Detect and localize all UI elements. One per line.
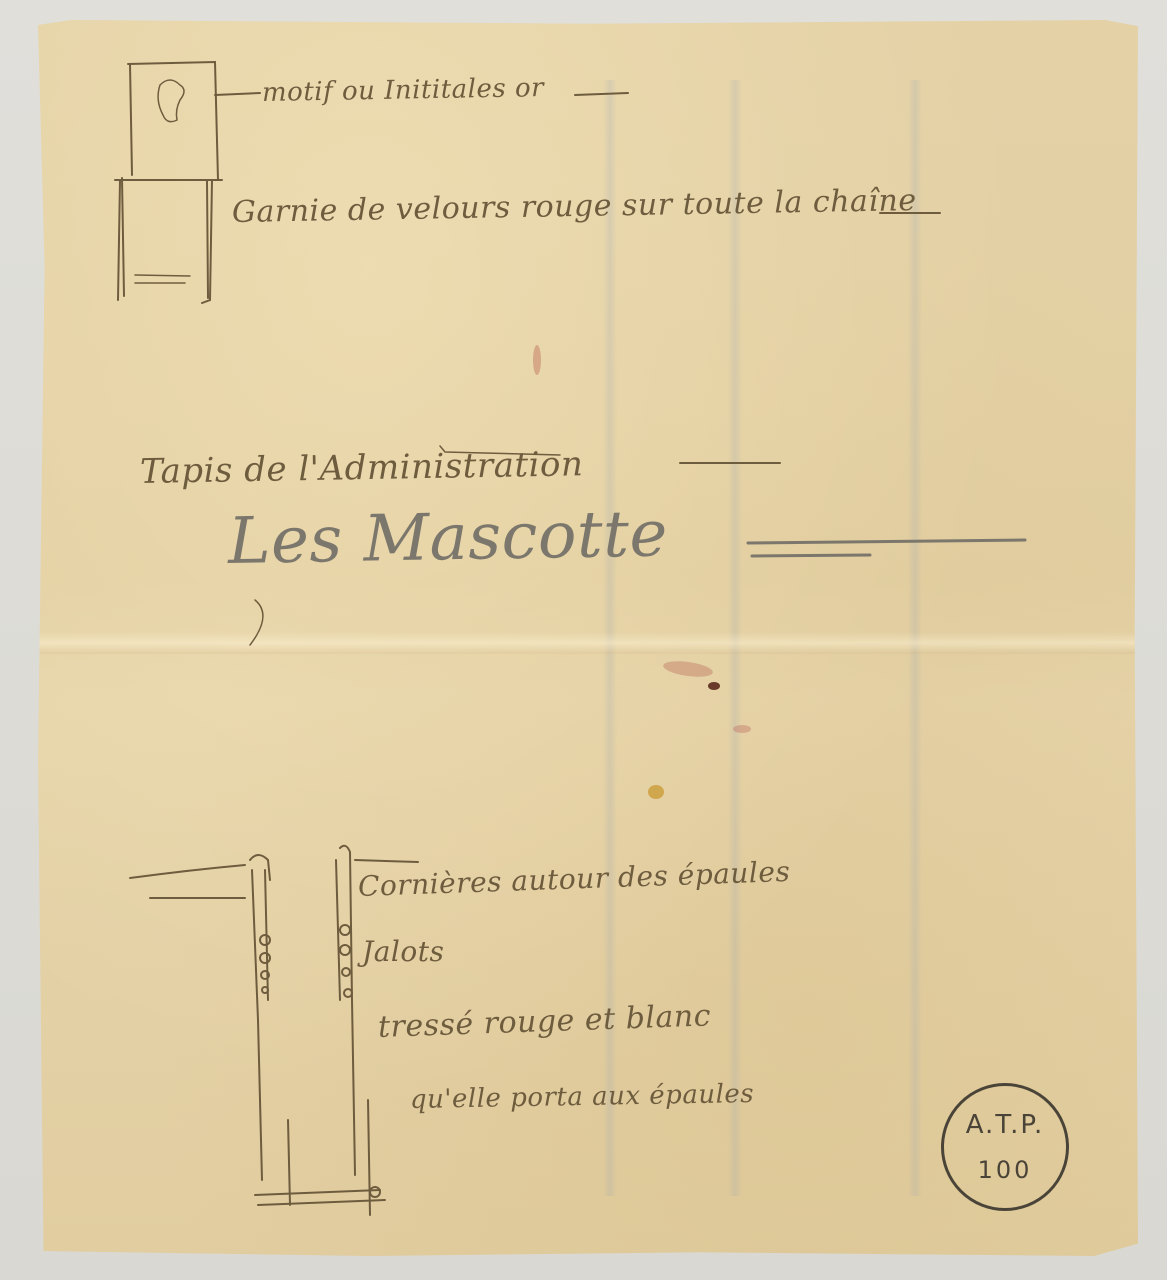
stamp-bottom-text: 100 <box>944 1156 1066 1184</box>
dash-line <box>575 93 628 95</box>
stamp-top-text: A.T.P. <box>944 1110 1066 1140</box>
atp-collection-stamp: A.T.P. 100 <box>941 1083 1069 1211</box>
note-line-epaules: qu'elle porta aux épaules <box>410 1079 755 1115</box>
note-line-motif: motif ou Inititales or <box>262 73 545 108</box>
chair-back-sketch <box>115 62 260 303</box>
title-les-mascotte: Les Mascotte <box>227 497 668 579</box>
pencil-underline <box>748 540 1025 556</box>
note-line-tapis: Tapis de l'Administration <box>140 444 584 492</box>
note-line-jalots: Jalots <box>362 935 444 968</box>
